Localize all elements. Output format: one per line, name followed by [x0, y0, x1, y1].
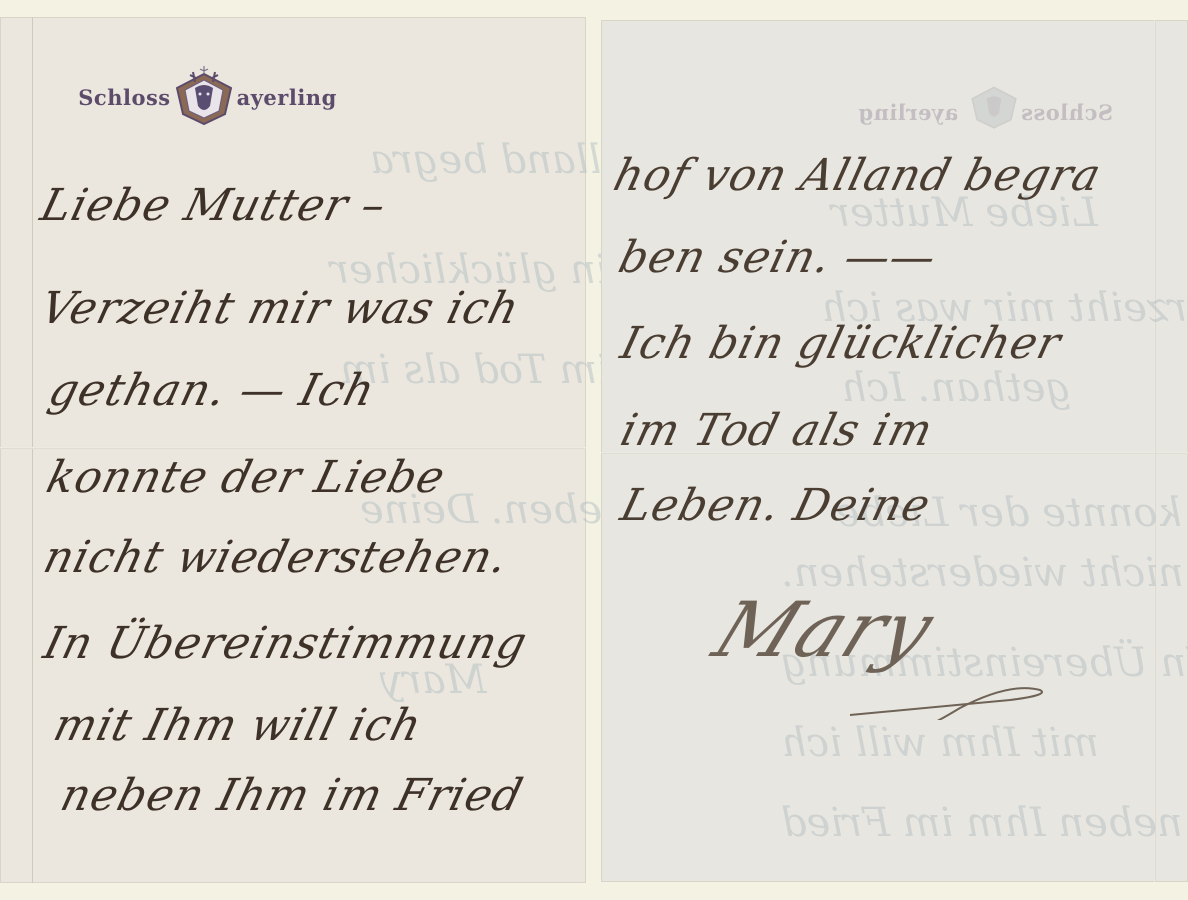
horizontal-fold	[0, 447, 586, 449]
letter-line: im Tod als im	[616, 405, 939, 456]
letter-line: Leben. Deine	[616, 480, 936, 531]
bleed-through-text: im Tod als im	[340, 347, 610, 393]
bleed-through-text: mit Ihm will ich	[781, 720, 1099, 766]
letterhead-left-word: Schloss	[78, 85, 170, 110]
stag-head-crest-ghost-icon	[960, 81, 1019, 143]
letterhead-right-word: ayerling	[237, 85, 337, 110]
letter-line: Verzeiht mir was ich	[36, 283, 525, 334]
letter-page-left: hof von Alland begra Ich bin glücklicher…	[0, 17, 586, 883]
letterhead: Schloss ayerling	[80, 62, 335, 132]
letterhead-ghost-left: Schloss	[1021, 100, 1113, 125]
letter-line: Liebe Mutter –	[36, 180, 392, 231]
letter-line: neben Ihm im Fried	[56, 770, 529, 821]
letter-line: gethan. — Ich	[44, 365, 381, 416]
signature-flourish	[840, 660, 1060, 720]
letter-line: hof von Alland begra	[609, 150, 1107, 201]
letterhead-ghost-right: ayerling	[858, 100, 958, 125]
vertical-fold	[1154, 20, 1156, 882]
stag-head-crest-icon	[173, 66, 235, 128]
page-edge-line	[32, 17, 33, 883]
letter-line: mit Ihm will ich	[49, 700, 428, 751]
letter-line: konnte der Liebe	[42, 452, 451, 503]
letter-line: In Übereinstimmung	[39, 618, 533, 669]
letterhead-bleed-through: Schloss ayerling	[858, 80, 1113, 144]
bleed-through-text: neben Ihm im Fried	[781, 800, 1183, 846]
letter-line: ben sein. ——	[614, 232, 942, 283]
letter-line: nicht wiederstehen.	[39, 532, 514, 583]
letter-line: Ich bin glücklicher	[616, 318, 1067, 369]
